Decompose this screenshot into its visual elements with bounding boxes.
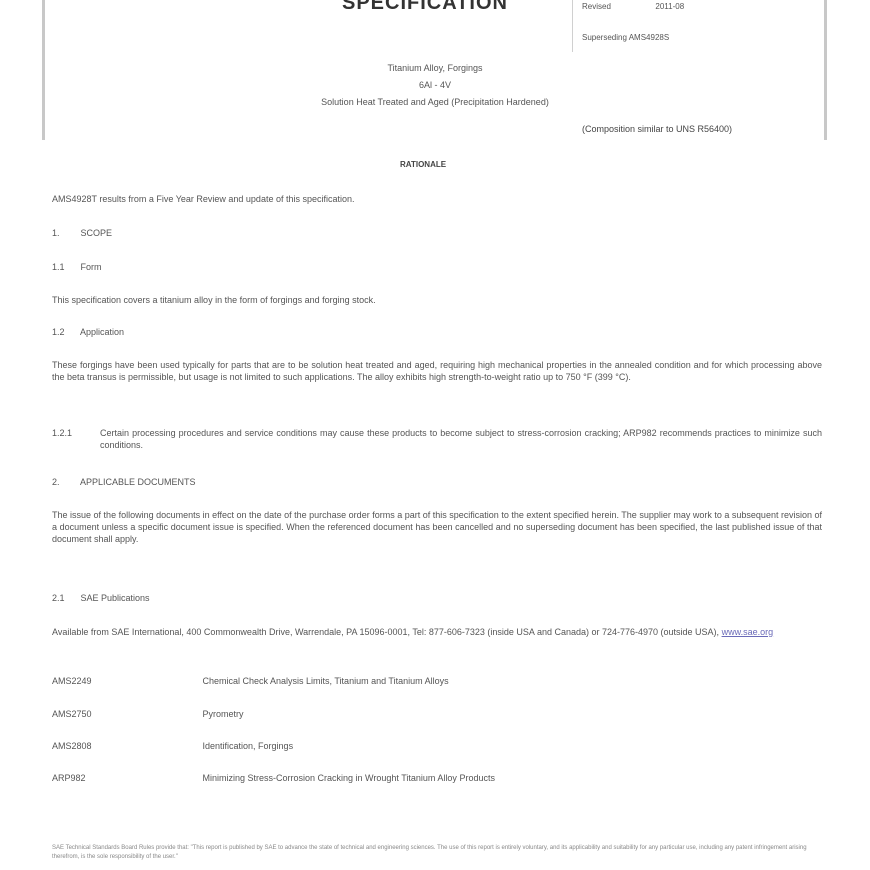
title-line-2: 6Al - 4V	[280, 77, 590, 94]
rationale-text: AMS4928T results from a Five Year Review…	[52, 193, 822, 205]
rationale-title: RATIONALE	[400, 160, 446, 169]
section-2-1-heading: 2.1 SAE Publications	[52, 593, 150, 603]
section-1-2-heading: 1.2 Application	[52, 327, 124, 337]
composition-note: (Composition similar to UNS R56400)	[582, 124, 732, 134]
section-2-heading: 2. APPLICABLE DOCUMENTS	[52, 477, 196, 487]
reference-row: AMS2808 Identification, Forgings	[52, 741, 293, 751]
right-border-line	[824, 0, 827, 140]
left-border-line	[42, 0, 45, 140]
section-1-heading: 1. SCOPE	[52, 228, 112, 238]
sae-website-link[interactable]: www.sae.org	[722, 627, 774, 637]
document-type-title: SPECIFICATION	[342, 0, 508, 15]
revised-label: Revised	[582, 2, 611, 11]
reference-row: AMS2249 Chemical Check Analysis Limits, …	[52, 676, 449, 686]
revised-row: Revised 2011-08	[582, 2, 684, 11]
superseding-note: Superseding AMS4928S	[582, 33, 669, 42]
reference-row: AMS2750 Pyrometry	[52, 709, 244, 719]
section-1-1-text: This specification covers a titanium all…	[52, 294, 822, 306]
box-divider-line	[572, 0, 573, 52]
title-line-1: Titanium Alloy, Forgings	[280, 60, 590, 77]
section-1-2-1: 1.2.1 Certain processing procedures and …	[52, 427, 822, 451]
section-1-1-heading: 1.1 Form	[52, 262, 102, 272]
section-1-2-text: These forgings have been used typically …	[52, 359, 822, 383]
revised-value: 2011-08	[655, 2, 684, 11]
section-2-1-text: Available from SAE International, 400 Co…	[52, 626, 822, 638]
reference-row: ARP982 Minimizing Stress-Corrosion Crack…	[52, 773, 495, 783]
section-2-text: The issue of the following documents in …	[52, 509, 822, 545]
document-title-block: Titanium Alloy, Forgings 6Al - 4V Soluti…	[280, 60, 590, 111]
title-line-3: Solution Heat Treated and Aged (Precipit…	[280, 94, 590, 111]
footer-disclaimer: SAE Technical Standards Board Rules prov…	[52, 844, 822, 862]
